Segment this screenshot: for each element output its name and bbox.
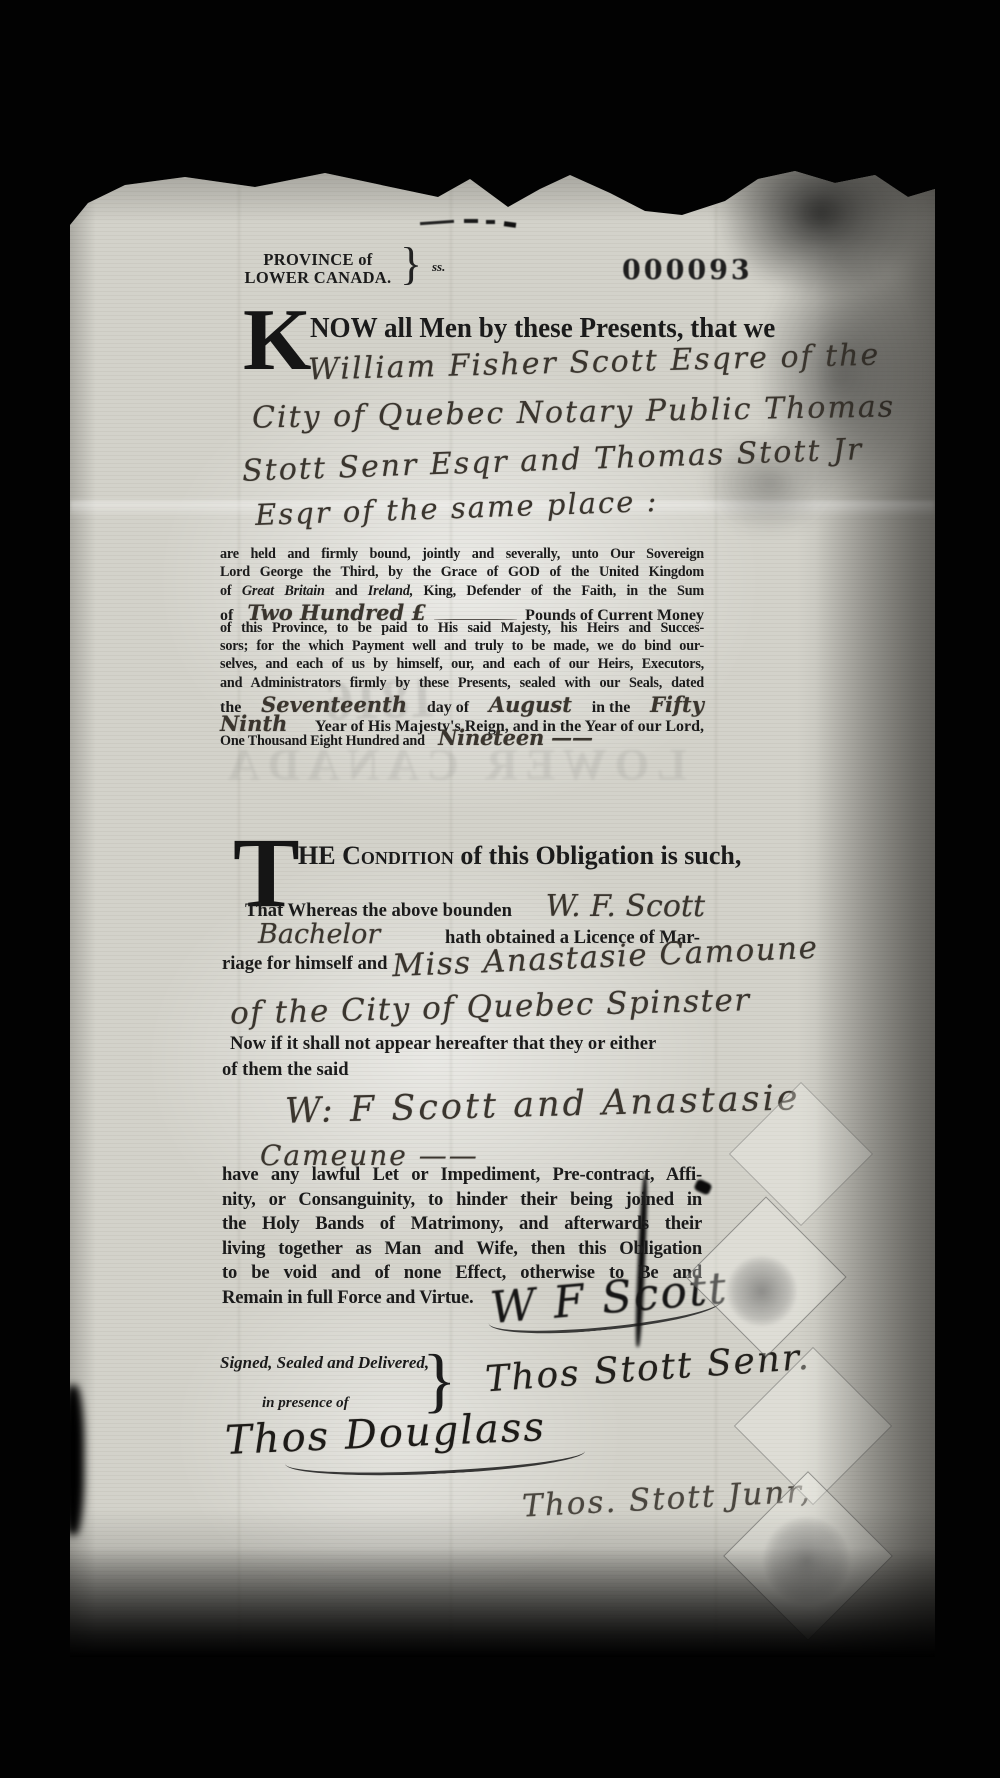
now-line-1: Now if it shall not appear hereafter tha… (230, 1033, 656, 1055)
handwritten-reign-word-1: Fifty (650, 692, 704, 717)
attestation-line-2: in presence of (262, 1395, 349, 1412)
bond-line: are held and firmly bound, jointly and s… (220, 545, 704, 563)
ink-dash (486, 220, 495, 224)
condition-heading: HE Condition of this Obligation is such, (298, 841, 741, 871)
clause-line: the Holy Bands of Matrimony, and afterwa… (222, 1212, 702, 1237)
bond-line: sors; for the which Payment well and tru… (220, 637, 704, 655)
bond-text: King, Defender of the Faith, in the Sum (413, 583, 704, 599)
bond-text: and (325, 583, 368, 599)
handwritten-parties-line-4: Esqr of the same place : (255, 484, 659, 532)
serial-number: 000093 (622, 255, 753, 286)
province-caption: PROVINCE of LOWER CANADA. (238, 251, 398, 287)
seal-smudge (712, 1242, 811, 1341)
attestation-line-1: Signed, Sealed and Delivered, (220, 1353, 429, 1373)
bond-line: selves, and each of us by himself, our, … (220, 655, 704, 673)
now-line-2: of them the said (222, 1059, 349, 1081)
province-line-2: LOWER CANADA. (238, 269, 398, 287)
ink-dash (504, 221, 517, 228)
bond-text: One Thousand Eight Hundred and (220, 733, 425, 749)
bond-line: and Administrators firmly by these Prese… (220, 674, 704, 692)
opening-heading: NOW all Men by these Presents, that we (310, 313, 775, 345)
condition-heading-smallcaps: Condition (342, 841, 454, 870)
province-line-1: PROVINCE of (238, 251, 398, 269)
ink-dash (420, 220, 454, 225)
clause-line: nity, or Consanguinity, to hinder their … (222, 1188, 702, 1213)
document-page: 1816 LOWER CANADA PROVINCE of LOWER CANA… (70, 163, 935, 1657)
scan-background: 1816 LOWER CANADA PROVINCE of LOWER CANA… (0, 0, 1000, 1778)
edge-tear-shadow (62, 1385, 84, 1535)
bond-text-italic: Ireland, (368, 583, 413, 599)
bond-line-date: the Seventeenth day of August in the Fif… (220, 692, 704, 710)
handwritten-status: Bachelor (258, 919, 380, 950)
bond-paragraph: are held and firmly bound, jointly and s… (220, 545, 704, 747)
condition-heading-text: of this Obligation is such, (454, 841, 742, 870)
handwritten-year: Nineteen —— (438, 725, 593, 750)
bond-text: in the (592, 699, 631, 717)
bond-line: of Great Britain and Ireland, King, Defe… (220, 582, 704, 600)
clause-line: have any lawful Let or Impediment, Pre-c… (222, 1163, 702, 1188)
bond-line: Lord George the Third, by the Grace of G… (220, 563, 704, 581)
ink-scribble (420, 215, 540, 231)
bond-line-sum: of Two Hundred £ Pounds of Current Money (220, 600, 704, 618)
bond-text: day of (427, 699, 469, 717)
handwritten-month: August (489, 692, 572, 717)
bond-text-italic: Great Britain (242, 583, 325, 599)
condition-heading-text: HE (298, 841, 342, 870)
handwritten-couple-line-1: W: F Scott and Anastasie (285, 1078, 801, 1131)
brace-glyph: } (400, 237, 422, 290)
bond-line: of this Province, to be paid to His said… (220, 619, 704, 637)
ss-label: ss. (432, 259, 445, 275)
ink-dash (464, 219, 478, 223)
bond-text: of (220, 583, 242, 599)
riage-line: riage for himself and (222, 953, 387, 975)
bottom-fade (70, 1547, 935, 1657)
right-edge-shadow (815, 163, 935, 1657)
handwritten-bride-place: of the City of Quebec Spinster (230, 982, 751, 1032)
dropcap-k: K (243, 305, 311, 377)
clause-line: living together as Man and Wife, then th… (222, 1237, 702, 1262)
